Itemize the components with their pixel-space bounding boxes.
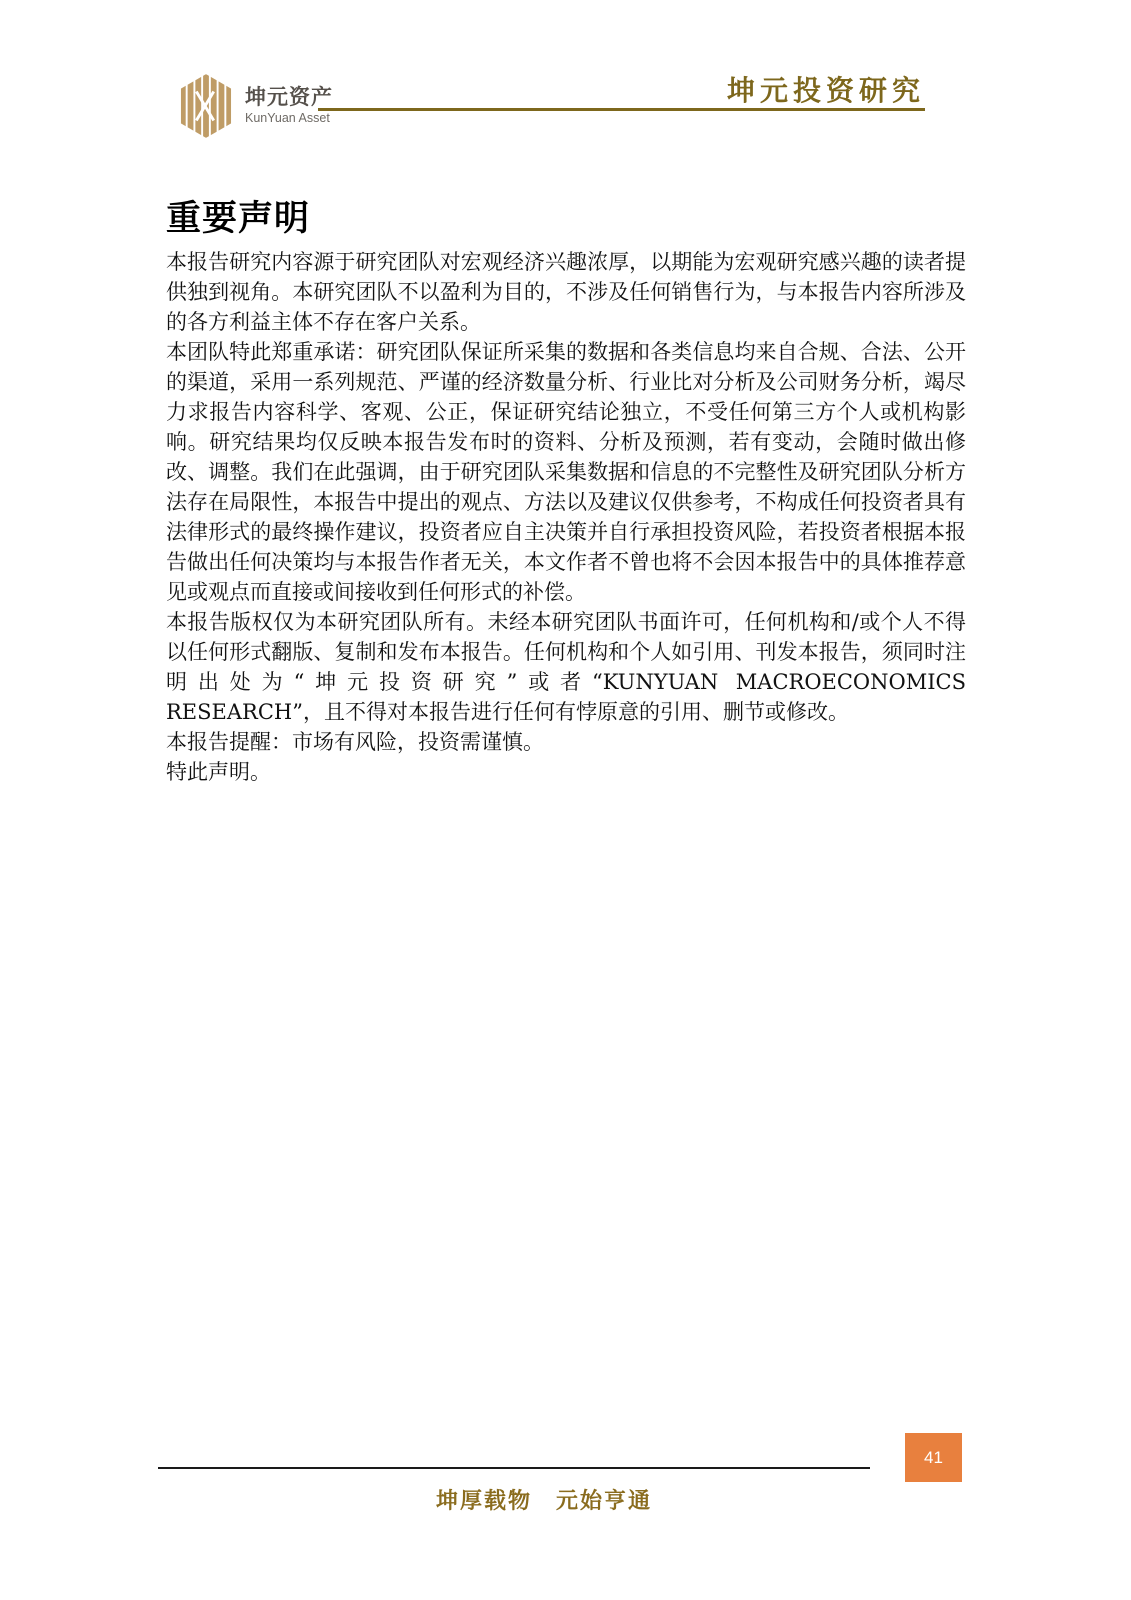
disclaimer-paragraph: 本团队特此郑重承诺：研究团队保证所采集的数据和各类信息均来自合规、合法、公开的渠…: [166, 337, 966, 607]
brand-name-en: KunYuan Asset: [245, 110, 333, 126]
disclaimer-paragraph: 本报告提醒：市场有风险，投资需谨慎。: [166, 727, 966, 757]
disclaimer-paragraph: 本报告版权仅为本研究团队所有。未经本研究团队书面许可，任何机构和/或个人不得以任…: [166, 607, 966, 727]
brand-name-cn: 坤元资产: [245, 86, 333, 110]
report-page: 坤元资产 KunYuan Asset 坤元投资研究 重要声明 本报告研究内容源于…: [0, 0, 1131, 1600]
header-rule-line: [318, 108, 925, 111]
disclaimer-body: 本报告研究内容源于研究团队对宏观经济兴趣浓厚，以期能为宏观研究感兴趣的读者提供独…: [166, 247, 966, 787]
footer-motto: 坤厚载物 元始亨通: [166, 1484, 922, 1515]
footer-rule-line: [158, 1467, 870, 1469]
brand-text: 坤元资产 KunYuan Asset: [245, 86, 333, 126]
kunyuan-hexagon-logo-icon: [177, 74, 235, 138]
page-title: 重要声明: [166, 191, 310, 241]
disclaimer-paragraph: 本报告研究内容源于研究团队对宏观经济兴趣浓厚，以期能为宏观研究感兴趣的读者提供独…: [166, 247, 966, 337]
disclaimer-paragraph: 特此声明。: [166, 757, 966, 787]
header-logo: 坤元资产 KunYuan Asset: [177, 74, 333, 138]
masthead-title: 坤元投资研究: [727, 74, 925, 108]
page-number-badge: 41: [905, 1433, 962, 1482]
page-number: 41: [924, 1448, 943, 1468]
